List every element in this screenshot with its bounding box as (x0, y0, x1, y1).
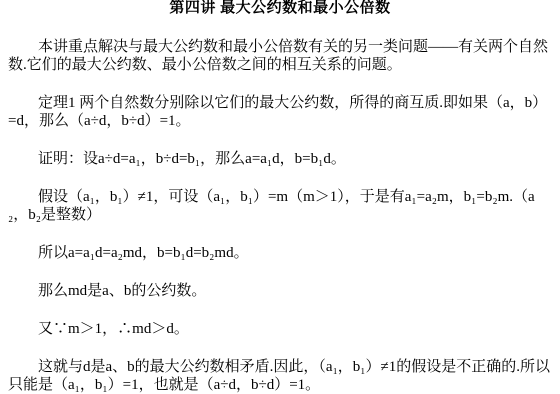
paragraph-derivation: 所以a=a₁d=a₂md，b=b₁d=b₂md。 (8, 244, 552, 262)
paragraph-common-divisor: 那么md是a、b的公约数。 (8, 282, 552, 300)
paragraph-proof-setup: 证明：设a÷d=a₁，b÷d=b₁，那么a=a₁d，b=b₁d。 (8, 150, 552, 168)
paragraph-assumption: 假设（a₁，b₁）≠1，可设（a₁，b₁）=m（m＞1），于是有a₁=a₂m，b… (8, 188, 552, 224)
paragraph-inequality: 又∵m＞1，∴md＞d。 (8, 320, 552, 338)
paragraph-theorem1: 定理1 两个自然数分别除以它们的最大公约数，所得的商互质.即如果（a，b）=d，… (8, 94, 552, 130)
paragraph-conclusion: 这就与d是a、b的最大公约数相矛盾.因此，（a₁，b₁）≠1的假设是不正确的.所… (8, 358, 552, 394)
document-page: 第四讲 最大公约数和最小公倍数 本讲重点解决与最大公约数和最小公倍数有关的另一类… (0, 0, 560, 394)
paragraph-intro: 本讲重点解决与最大公约数和最小公倍数有关的另一类问题——有关两个自然数.它们的最… (8, 38, 552, 74)
page-title: 第四讲 最大公约数和最小公倍数 (8, 0, 552, 17)
